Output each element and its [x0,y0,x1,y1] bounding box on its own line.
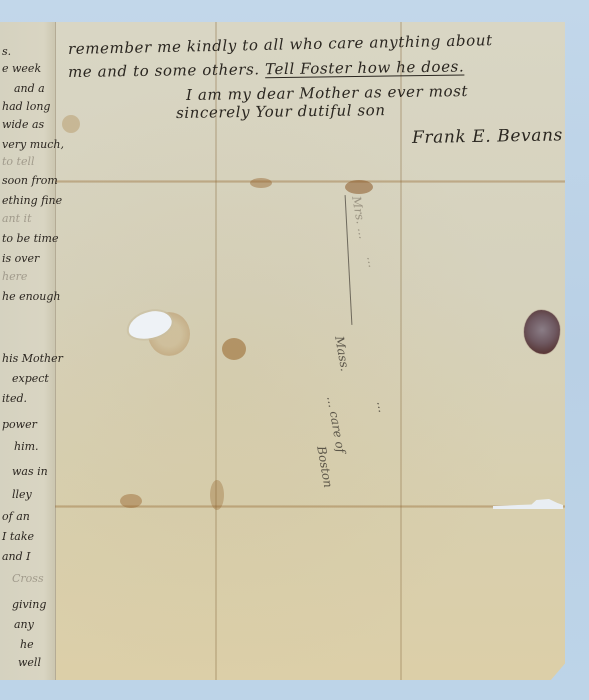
left-fragment: wide as [2,118,44,131]
letter-line-2a: me and to some others. [68,60,260,81]
left-fragment: Cross [12,572,44,585]
left-fragment: to tell [2,155,35,168]
left-fragment: and I [2,550,31,563]
left-fragment: to be time [2,232,58,245]
left-fragment: had long [2,100,50,113]
left-fragment: expect [12,372,49,385]
address-line: ... [364,255,380,269]
left-fragment: very much, [2,138,64,151]
address-panel: Mrs. ... ... Mass. ... care of ... Bosto… [318,195,428,495]
left-fragment: ant it [2,212,32,225]
stain [120,494,142,508]
stain [250,178,272,188]
left-fragment: ething fine [2,194,62,207]
left-fragment: he [20,638,34,651]
left-fragment: was in [12,465,48,478]
address-line: Mass. [332,335,352,372]
wax-seal [524,310,560,354]
stain [210,480,224,510]
stain [345,180,373,194]
signature: Frank E. Bevans [412,125,563,148]
left-fragment: well [18,656,41,669]
address-line: Boston [314,445,335,489]
left-fragment: him. [14,440,39,453]
left-fragment: lley [12,488,32,501]
horizontal-fold-top [55,180,565,183]
left-fragment: of an [2,510,30,523]
letter-line-2b: Tell Foster how he does. [265,57,464,78]
left-fragment: soon from [2,174,58,187]
letter-line-4: sincerely Your dutiful son [176,101,386,122]
left-fragment: is over [2,252,39,265]
stain [62,115,80,133]
letter-sheet [0,22,565,680]
left-fragment: I take [2,530,34,543]
address-line: Mrs. ... [349,195,370,240]
left-fragment: s. [2,45,11,58]
address-line: ... [374,400,390,414]
left-fragment: giving [12,598,46,611]
left-fragment: power [2,418,37,431]
left-fragment: and a [14,82,45,95]
address-stroke [345,195,353,325]
left-fragment: his Mother [2,352,63,365]
stain [222,338,246,360]
left-fragment: any [14,618,34,631]
left-fragment: here [2,270,27,283]
left-fragment: ited. [2,392,27,405]
left-fragment: e week [2,62,41,75]
left-fragment: he enough [2,290,61,303]
